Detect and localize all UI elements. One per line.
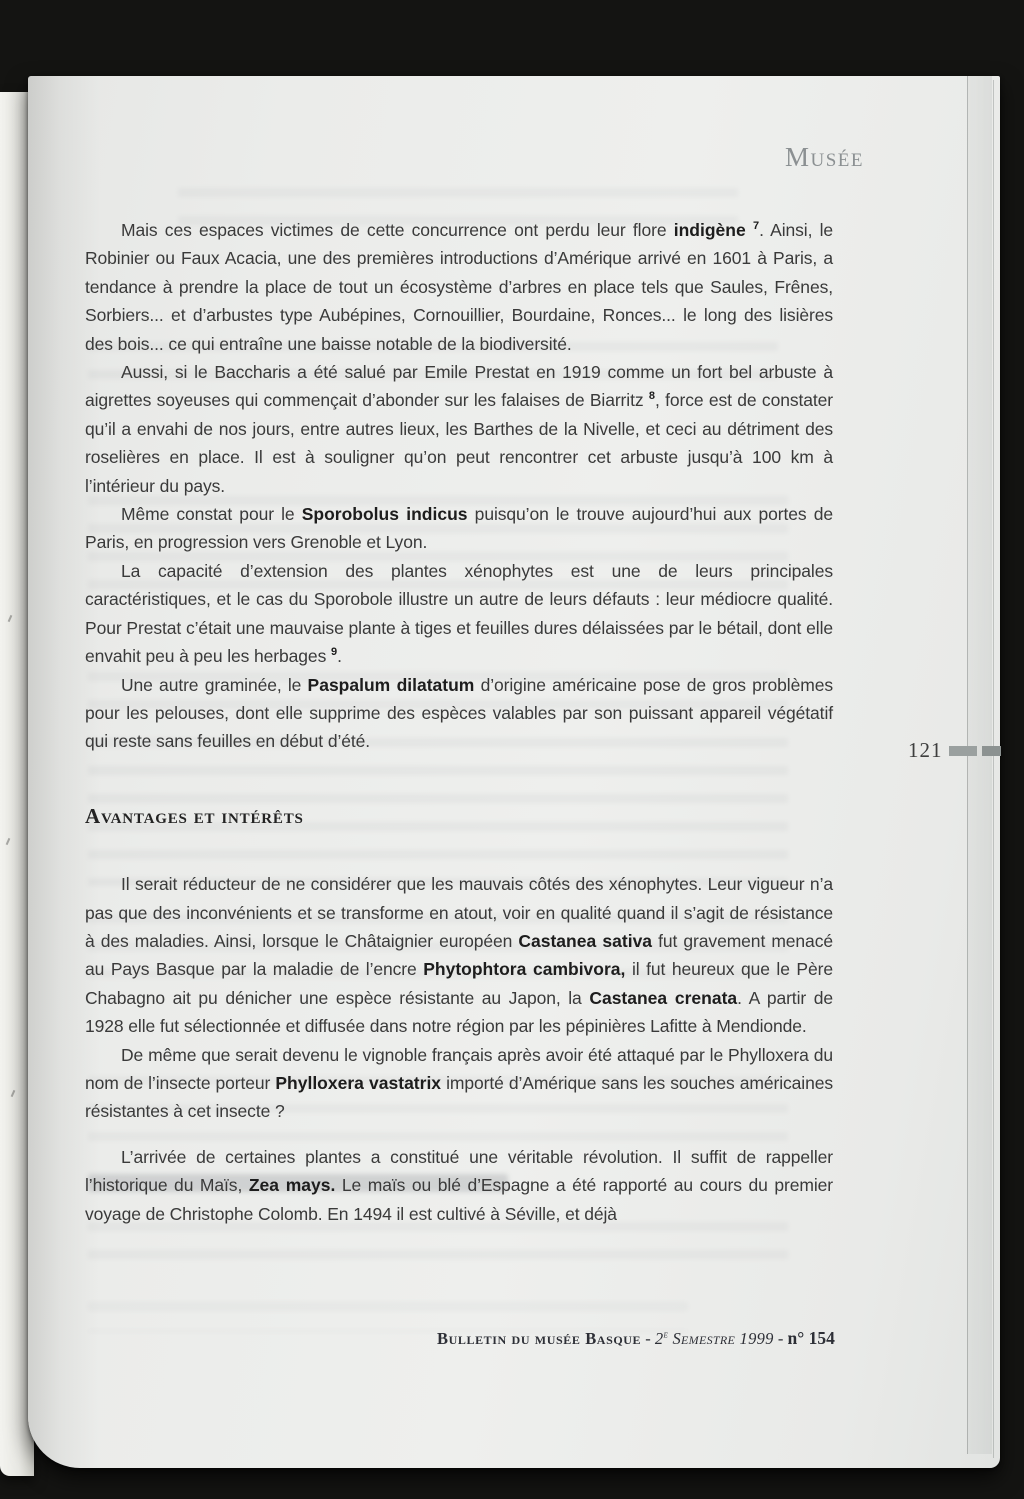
page-edge-band <box>967 76 992 1454</box>
footer-issue: 2e Semestre 1999 <box>655 1329 774 1348</box>
page-edge-line <box>993 80 994 1458</box>
text-column: Mais ces espaces victimes de cette concu… <box>85 216 833 1228</box>
paragraph: Aussi, si le Baccharis a été salué par E… <box>85 358 833 500</box>
footer-separator: - <box>641 1329 655 1348</box>
footer-journal-title: Bulletin du musée Basque <box>437 1329 641 1348</box>
page-footer: Bulletin du musée Basque - 2e Semestre 1… <box>437 1328 835 1349</box>
paragraph: Même constat pour le Sporobolus indicus … <box>85 500 833 557</box>
running-head: Musée <box>785 142 864 173</box>
paragraph: L’arrivée de certaines plantes a constit… <box>85 1143 833 1228</box>
paragraph: Mais ces espaces victimes de cette concu… <box>85 216 833 358</box>
showthrough-ghost <box>88 1222 788 1278</box>
footer-issue-number: n° 154 <box>788 1328 835 1348</box>
section-heading: Avantages et intérêts <box>85 802 833 830</box>
margin-marker-bar <box>982 746 1001 756</box>
margin-marker-bar <box>949 746 977 756</box>
paragraph: De même que serait devenu le vignoble fr… <box>85 1041 833 1126</box>
page-number-row: 121 <box>908 738 1001 763</box>
paragraph: Il serait réducteur de ne considérer que… <box>85 870 833 1040</box>
paragraph: La capacité d’extension des plantes xéno… <box>85 557 833 671</box>
footer-separator: - <box>774 1329 788 1348</box>
page-number: 121 <box>908 738 943 763</box>
book-page: Musée Mais ces espaces victimes de cette… <box>28 76 1000 1468</box>
paragraph: Une autre graminée, le Paspalum dilatatu… <box>85 671 833 756</box>
